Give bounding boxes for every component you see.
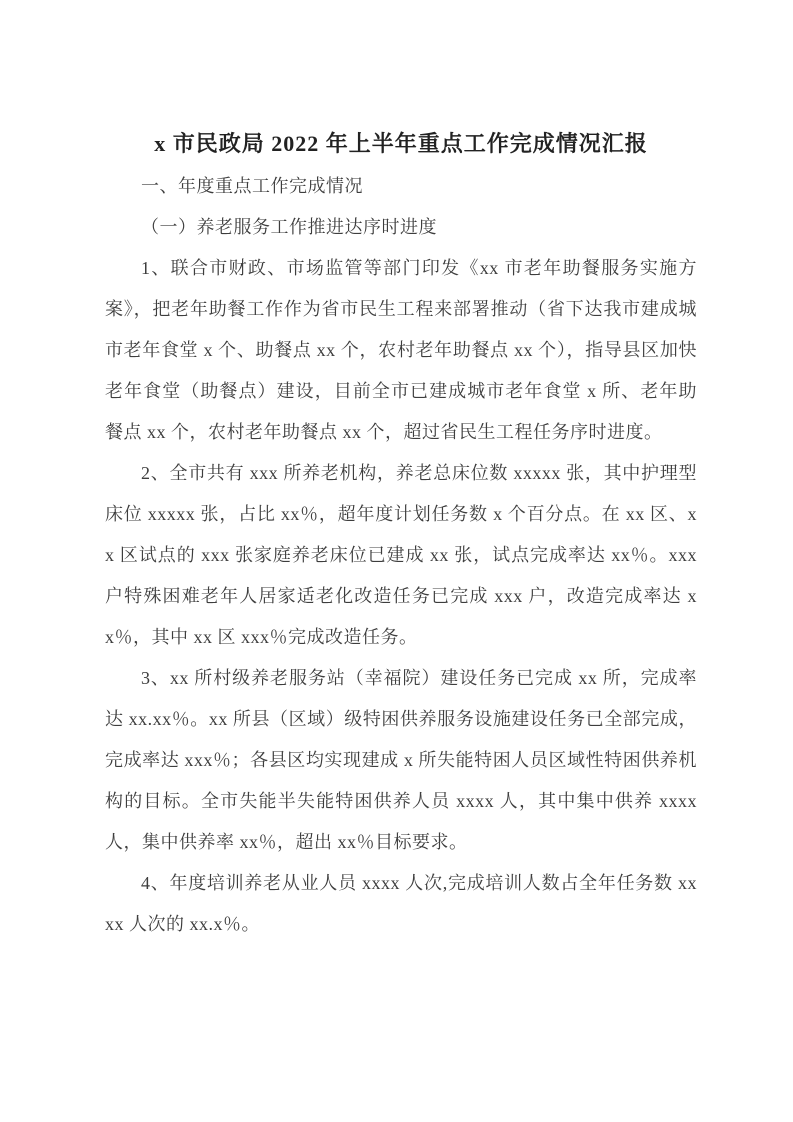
sub-heading: （一）养老服务工作推进达序时进度 (105, 207, 697, 248)
body-paragraph-4: 4、年度培训养老从业人员 xxxx 人次,完成培训人数占全年任务数 xxxx 人… (105, 863, 697, 945)
document-title: x 市民政局 2022 年上半年重点工作完成情况汇报 (105, 122, 697, 166)
document-title-text: x 市民政局 2022 年上半年重点工作完成情况汇报 (154, 131, 648, 156)
body-paragraph-1: 1、联合市财政、市场监管等部门印发《xx 市老年助餐服务实施方案》，把老年助餐工… (105, 248, 697, 453)
section-heading: 一、年度重点工作完成情况 (105, 166, 697, 207)
document-page: x 市民政局 2022 年上半年重点工作完成情况汇报 一、年度重点工作完成情况 … (0, 0, 793, 1122)
body-paragraph-3: 3、xx 所村级养老服务站（幸福院）建设任务已完成 xx 所，完成率达 xx.x… (105, 658, 697, 863)
body-paragraph-2: 2、全市共有 xxx 所养老机构，养老总床位数 xxxxx 张，其中护理型床位 … (105, 453, 697, 658)
